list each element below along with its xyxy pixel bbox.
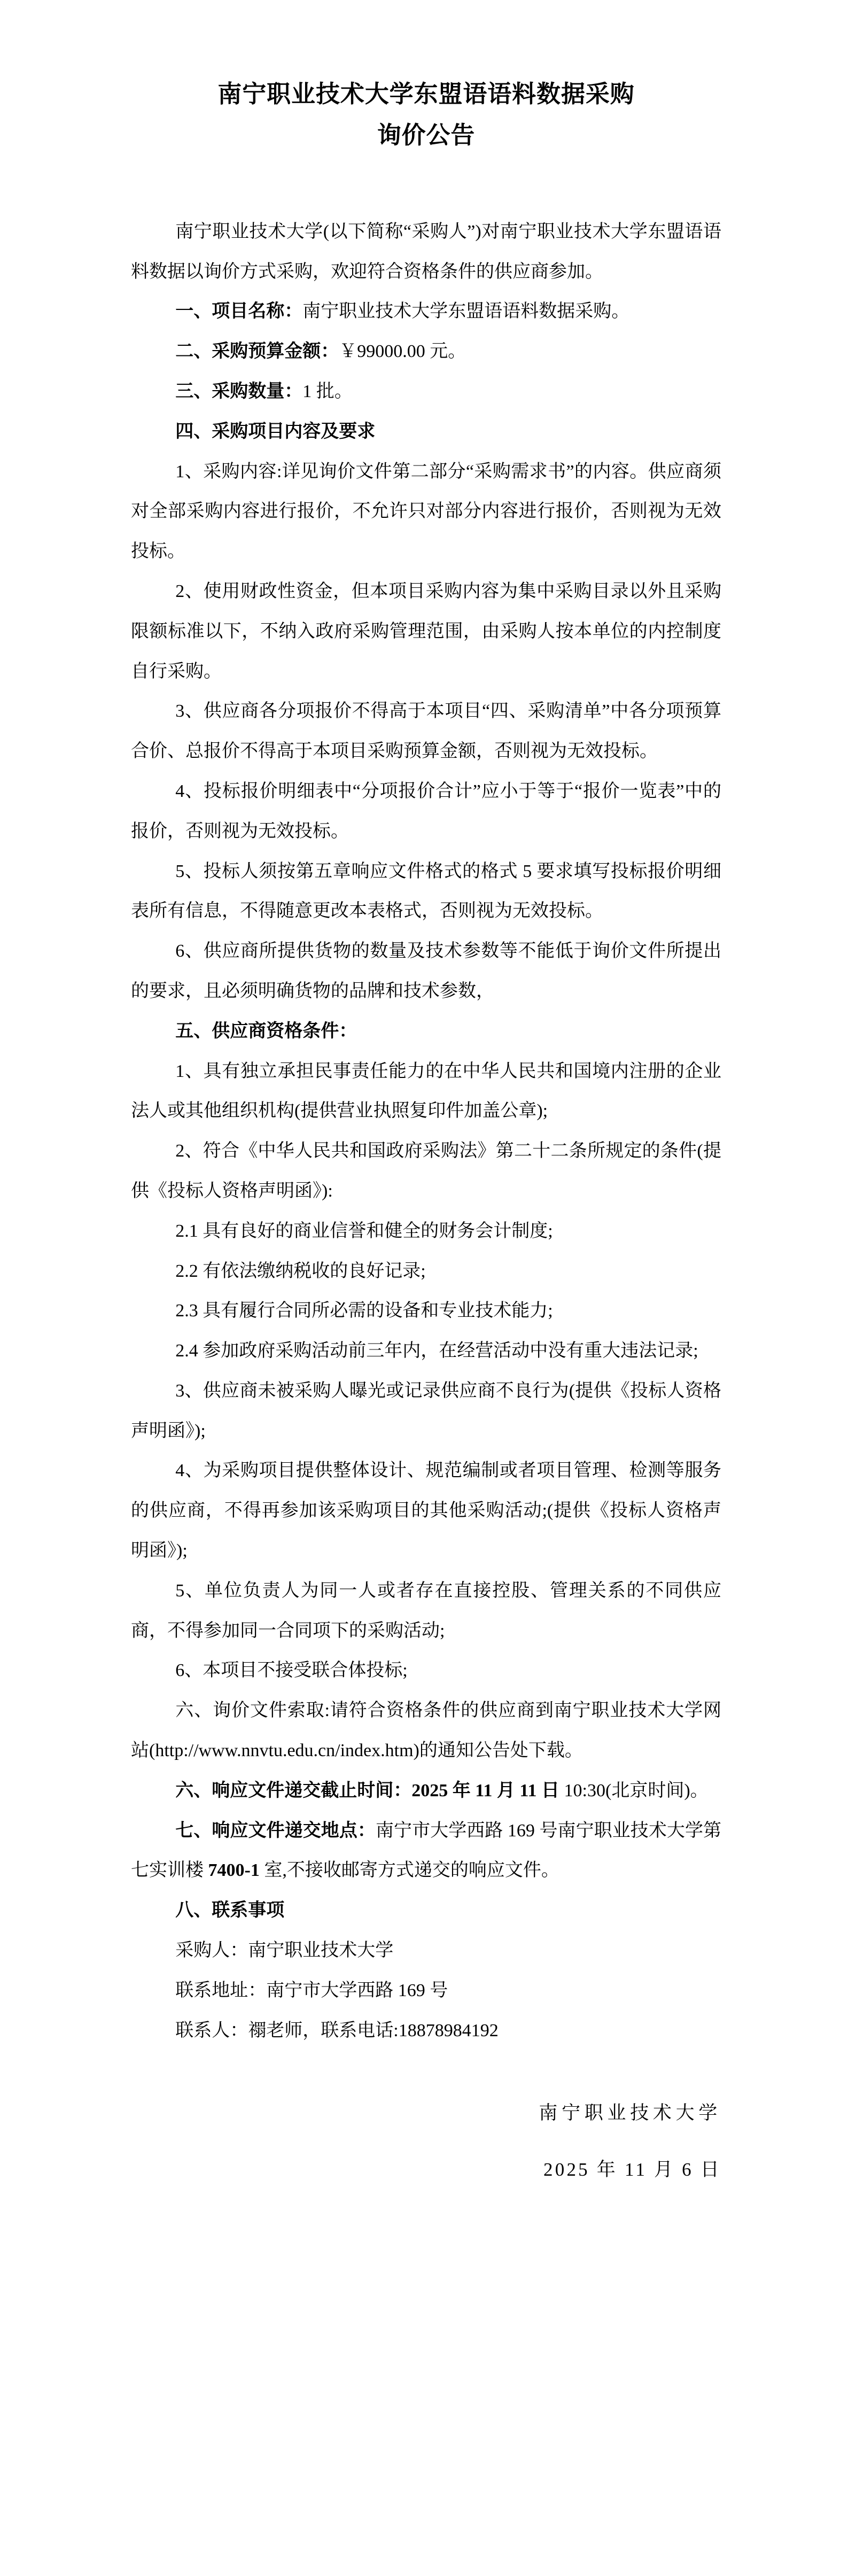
text-run: ￥99000.00 元。 bbox=[339, 342, 466, 361]
section-4-heading: 四、采购项目内容及要求 bbox=[131, 412, 721, 452]
text-run: 1、具有独立承担民事责任能力的在中华人民共和国境内注册的企业法人或其他组织机构(… bbox=[131, 1061, 721, 1121]
text-run: 六、询价文件索取:请符合资格条件的供应商到南宁职业技术大学网站(http://w… bbox=[131, 1701, 721, 1760]
section-5-item-5: 5、单位负责人为同一人或者存在直接控股、管理关系的不同供应商，不得参加同一合同项… bbox=[131, 1571, 721, 1651]
section-8-heading: 八、联系事项 bbox=[131, 1891, 721, 1931]
text-run: 南宁职业技术大学(以下简称“采购人”)对南宁职业技术大学东盟语语料数据以询价方式… bbox=[131, 222, 721, 282]
section-5-item-4: 4、为采购项目提供整体设计、规范编制或者项目管理、检测等服务的供应商，不得再参加… bbox=[131, 1451, 721, 1571]
text-run: 联系地址：南宁市大学西路 169 号 bbox=[175, 1981, 448, 2000]
text-run: 2.3 具有履行合同所必需的设备和专业技术能力; bbox=[175, 1301, 553, 1321]
text-run: 6、供应商所提供货物的数量及技术参数等不能低于询价文件所提出的要求，且必须明确货… bbox=[131, 941, 721, 1001]
text-run: 七、响应文件递交地点： bbox=[175, 1821, 376, 1841]
section-5-item-2-2: 2.2 有依法缴纳税收的良好记录; bbox=[131, 1252, 721, 1292]
text-run: 五、供应商资格条件： bbox=[175, 1021, 357, 1041]
section-4-item-3: 3、供应商各分项报价不得高于本项目“四、采购清单”中各分项预算合价、总报价不得高… bbox=[131, 692, 721, 772]
section-4-item-4: 4、投标报价明细表中“分项报价合计”应小于等于“报价一览表”中的报价，否则视为无… bbox=[131, 772, 721, 852]
section-4-item-6: 6、供应商所提供货物的数量及技术参数等不能低于询价文件所提出的要求，且必须明确货… bbox=[131, 932, 721, 1012]
text-run: 4、投标报价明细表中“分项报价合计”应小于等于“报价一览表”中的报价，否则视为无… bbox=[131, 781, 721, 841]
section-4-item-1: 1、采购内容:详见询价文件第二部分“采购需求书”的内容。供应商须对全部采购内容进… bbox=[131, 452, 721, 572]
text-run: 2.1 具有良好的商业信誉和健全的财务会计制度; bbox=[175, 1221, 553, 1241]
text-run: 3、供应商各分项报价不得高于本项目“四、采购清单”中各分项预算合价、总报价不得高… bbox=[131, 701, 721, 761]
section-5-item-2-4: 2.4 参加政府采购活动前三年内，在经营活动中没有重大违法记录; bbox=[131, 1331, 721, 1371]
text-run: 室,不接收邮寄方式递交的响应文件。 bbox=[260, 1860, 559, 1880]
document-title-line2: 询价公告 bbox=[377, 122, 476, 149]
text-run: 四、采购项目内容及要求 bbox=[175, 422, 375, 441]
text-run: 2、符合《中华人民共和国政府采购法》第二十二条所规定的条件(提供《投标人资格声明… bbox=[131, 1141, 721, 1201]
text-run: 5、单位负责人为同一人或者存在直接控股、管理关系的不同供应商，不得参加同一合同项… bbox=[131, 1581, 721, 1641]
text-run: 2025 年 11 月 11 日 bbox=[411, 1781, 559, 1801]
text-run: 六、响应文件递交截止时间： bbox=[175, 1781, 411, 1801]
document-page: 南宁职业技术大学东盟语语料数据采购 询价公告 南宁职业技术大学(以下简称“采购人… bbox=[0, 0, 848, 2576]
text-run: 1、采购内容:详见询价文件第二部分“采购需求书”的内容。供应商须对全部采购内容进… bbox=[131, 462, 721, 562]
section-5-heading: 五、供应商资格条件： bbox=[131, 1012, 721, 1052]
section-5-item-1: 1、具有独立承担民事责任能力的在中华人民共和国境内注册的企业法人或其他组织机构(… bbox=[131, 1052, 721, 1132]
section-1-project-name: 一、项目名称：南宁职业技术大学东盟语语料数据采购。 bbox=[131, 292, 721, 332]
text-run: 1 批。 bbox=[302, 382, 353, 401]
document-title: 南宁职业技术大学东盟语语料数据采购 询价公告 bbox=[131, 74, 721, 157]
text-run: 10:30(北京时间)。 bbox=[559, 1781, 709, 1801]
text-run: 八、联系事项 bbox=[175, 1900, 284, 1920]
section-7-location: 七、响应文件递交地点：南宁市大学西路 169 号南宁职业技术大学第七实训楼 74… bbox=[131, 1811, 721, 1891]
text-run: 一、项目名称： bbox=[175, 301, 302, 321]
section-2-budget: 二、采购预算金额：￥99000.00 元。 bbox=[131, 332, 721, 372]
signature-date: 2025 年 11 月 6 日 bbox=[131, 2159, 721, 2181]
section-4-item-5: 5、投标人须按第五章响应文件格式的格式 5 要求填写投标报价明细表所有信息，不得… bbox=[131, 852, 721, 932]
text-run: 6、本项目不接受联合体投标; bbox=[175, 1661, 407, 1680]
section-4-item-2: 2、使用财政性资金，但本项目采购内容为集中采购目录以外且采购限额标准以下，不纳入… bbox=[131, 572, 721, 692]
section-5-item-2-3: 2.3 具有履行合同所必需的设备和专业技术能力; bbox=[131, 1291, 721, 1331]
section-6-document-download: 六、询价文件索取:请符合资格条件的供应商到南宁职业技术大学网站(http://w… bbox=[131, 1691, 721, 1771]
contact-address: 联系地址：南宁市大学西路 169 号 bbox=[131, 1971, 721, 2011]
section-6-deadline: 六、响应文件递交截止时间：2025 年 11 月 11 日 10:30(北京时间… bbox=[131, 1771, 721, 1811]
section-5-item-2: 2、符合《中华人民共和国政府采购法》第二十二条所规定的条件(提供《投标人资格声明… bbox=[131, 1131, 721, 1212]
text-run: 3、供应商未被采购人曝光或记录供应商不良行为(提供《投标人资格声明函》); bbox=[131, 1381, 721, 1441]
text-run: 三、采购数量： bbox=[175, 382, 302, 401]
text-run: 7400-1 bbox=[208, 1860, 260, 1880]
section-5-item-6: 6、本项目不接受联合体投标; bbox=[131, 1651, 721, 1691]
signature-organization: 南宁职业技术大学 bbox=[131, 2102, 721, 2124]
text-run: 采购人：南宁职业技术大学 bbox=[175, 1941, 393, 1960]
text-run: 二、采购预算金额： bbox=[175, 342, 339, 361]
contact-purchaser: 采购人：南宁职业技术大学 bbox=[131, 1931, 721, 1971]
text-run: 南宁职业技术大学东盟语语料数据采购。 bbox=[302, 301, 629, 321]
contact-person: 联系人：禤老师，联系电话:18878984192 bbox=[131, 2011, 721, 2051]
text-run: 5、投标人须按第五章响应文件格式的格式 5 要求填写投标报价明细表所有信息，不得… bbox=[131, 862, 721, 921]
intro-paragraph: 南宁职业技术大学(以下简称“采购人”)对南宁职业技术大学东盟语语料数据以询价方式… bbox=[131, 212, 721, 292]
text-run: 4、为采购项目提供整体设计、规范编制或者项目管理、检测等服务的供应商，不得再参加… bbox=[131, 1461, 721, 1561]
text-run: 2.2 有依法缴纳税收的良好记录; bbox=[175, 1261, 425, 1281]
text-run: 联系人：禤老师，联系电话:18878984192 bbox=[175, 2021, 498, 2040]
section-5-item-3: 3、供应商未被采购人曝光或记录供应商不良行为(提供《投标人资格声明函》); bbox=[131, 1371, 721, 1452]
document-body: 南宁职业技术大学(以下简称“采购人”)对南宁职业技术大学东盟语语料数据以询价方式… bbox=[131, 212, 721, 2051]
document-title-line1: 南宁职业技术大学东盟语语料数据采购 bbox=[217, 81, 634, 107]
section-3-quantity: 三、采购数量：1 批。 bbox=[131, 372, 721, 412]
text-run: 2.4 参加政府采购活动前三年内，在经营活动中没有重大违法记录; bbox=[175, 1341, 698, 1361]
text-run: 2、使用财政性资金，但本项目采购内容为集中采购目录以外且采购限额标准以下，不纳入… bbox=[131, 581, 721, 681]
section-5-item-2-1: 2.1 具有良好的商业信誉和健全的财务会计制度; bbox=[131, 1212, 721, 1252]
signature-block: 南宁职业技术大学 2025 年 11 月 6 日 bbox=[131, 2102, 721, 2181]
